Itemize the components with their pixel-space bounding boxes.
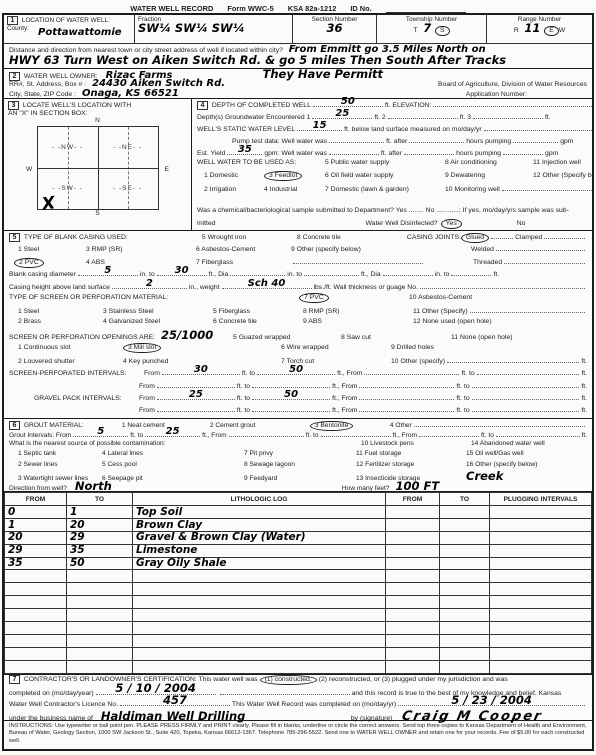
joints-glued-circled: Glued [461,233,489,243]
casing-ft-dia-1: ft., Dia [209,271,229,278]
gp-ft2: ft. [581,407,587,414]
contam-option-15: 15 Oil well/Gas well [466,450,524,457]
static-level-post: ft. below land surface measured on mo/da… [344,126,482,133]
sp-to3-label: ft. to [237,383,250,390]
gp-from2-label: ft., From [332,395,357,402]
owner-address-label: RR#, St. Address, Box # : [9,81,86,88]
grout-from3-label: ft., From [393,432,418,439]
cert-constructed-circled: (1) constructed, [260,675,317,685]
casing-diameter-value: 5 [104,266,111,276]
screen-option-2: 2 Brass [18,318,103,325]
disinfected-label: Water Well Disinfected? [366,220,438,227]
distance-value-line2: HWY 63 Turn West on Aiken Switch Rd. & g… [9,53,506,67]
sp-from3-label: From [139,383,155,390]
casing-height-value: 2 [146,279,153,289]
licence-value: 457 [163,695,187,707]
gp-from3-label: From [139,407,155,414]
record-completed-value: 5 / 23 / 2004 [451,695,531,707]
lith-row [5,583,592,596]
fraction-value: SW¼ SW¼ SW¼ [138,21,245,35]
casing-weight-label: in., weight [189,284,220,291]
well-location-x-mark: X [40,195,55,214]
plug-header-from: FROM [386,493,440,506]
screen-intervals-label: SCREEN-PERFORATED INTERVALS: [9,370,144,377]
gp-ft: ft. [581,395,587,402]
plug-header-to: TO [440,493,490,506]
yield-gpm-label: gpm [545,150,558,157]
casing-in-to-2: in. to [287,271,302,278]
contam-option-10: 10 Livestock pens [361,440,471,447]
range-field: Range Number R 11 EW [486,15,592,43]
compass-w: W [26,166,32,173]
screen-option-10: 10 Asbestos-Cement [409,294,472,301]
grout-title: GROUT MATERIAL: [24,422,122,429]
use-option-10: 10 Monitoring well [445,186,500,193]
screen-option-6: 6 Concrete tile [213,318,303,325]
openings-ft: ft. [581,358,587,365]
water-well-record-form: WATER WELL RECORD Form WWC-5 KSA 82a-121… [0,0,596,755]
range-value: 11 [524,21,540,35]
depth-label: DEPTH OF COMPLETED WELL [212,102,311,109]
grout-from2-label: ft., From [202,432,227,439]
section-4-depth: 4 DEPTH OF COMPLETED WELL 50 ft. ELEVATI… [192,99,594,230]
grout-to2-label: ft. to [306,432,319,439]
section-5-casing: 5 TYPE OF BLANK CASING USED: 5 Wrought i… [4,230,592,418]
gp-to-value: 50 [284,390,298,400]
openings-value: 25/1000 [161,330,233,342]
application-number-label: Application Number: [466,91,527,98]
range-e-circled: E [544,26,559,36]
lith-row: 2029Gravel & Brown Clay (Water) [5,531,592,544]
openings-title: SCREEN OR PERFORATION OPENINGS ARE: [9,334,155,341]
openings-option-8: 8 Saw cut [341,334,451,341]
form-ksa: KSA 82a-1212 [288,4,337,13]
sp-from-value: 30 [194,365,208,375]
use-option-7: 7 Domestic (lawn & garden) [325,186,445,193]
use-option-12: 12 Other (Specify below) [533,172,594,179]
lith-row [5,647,592,660]
yield-hours-label: hours pumping [456,150,501,157]
openings-option-5: 5 Guazed wrapped [233,334,341,341]
gravel-pack-label: GRAVEL PACK INTERVALS: [34,395,139,402]
sp-ft2: ft. [581,383,587,390]
lith-header-to: TO [67,493,133,506]
elevation-label: ft. ELEVATION: [385,102,432,109]
groundwater-value-1: 25 [335,109,349,119]
casing-diameter-to-value: 30 [175,266,189,276]
casing-option-8: 8 Concrete tile [297,234,407,241]
lith-row: 2935Limestone [5,544,592,557]
business-name-label: under the business name of [9,715,93,722]
use-option-2: 2 Irrigation [204,186,264,193]
sp-to-value: 50 [289,365,303,375]
contamination-title: What is the nearest source of possible c… [9,440,361,447]
use-option-9: 9 Dewatering [445,172,533,179]
plug-header-intervals: PLUGGING INTERVALS [490,493,592,506]
lith-header-from: FROM [5,493,67,506]
county-label: County: [7,25,29,32]
contam-option-8: 8 Sewage lagoon [244,461,356,468]
casing-ft-end: ft. [493,271,499,278]
lith-row [5,634,592,647]
form-id-blank [386,5,466,13]
section-number-field: Section Number 36 [292,15,376,43]
screen-option-7-circled: 7 PVC [299,293,329,303]
section-box: - -NW- - - -NE- - - -SW- - - -SE- - X [37,126,159,210]
pump-hours-label: hours pumping [466,138,511,145]
range-w: W [559,27,565,34]
gp-to3-label: ft. to [237,407,250,414]
screen-option-5: 5 Fiberglass [213,308,303,315]
pump-gpm-label: gpm [560,138,573,145]
contam-option-5: 5 Cess pool [102,461,244,468]
use-option-5: 5 Public water supply [325,159,445,166]
casing-option-6: 6 Asbestos-Cement [196,246,291,253]
grout-from-value: 5 [97,427,104,437]
section-3-locate: 3 LOCATE WELL'S LOCATION WITH AN "X" IN … [4,99,192,230]
grout-to3-label: ft. to [481,432,494,439]
use-option-3-circled: 3 Feedlot [264,171,302,181]
township-label: Township Number [406,16,457,23]
casing-ft-dia-2: ft., Dia [361,271,381,278]
use-option-8: 8 Air conditioning [445,159,533,166]
sp-ft: ft. [581,370,587,377]
casing-option-3: 3 RMP (SR) [86,246,196,253]
chemical-sample-line: Was a chemical/bacteriological sample su… [197,207,569,214]
contam-option-14: 14 Abandoned water well [471,440,545,447]
yield-value: 35 [238,145,252,155]
lith-header-row: FROM TO LITHOLOGIC LOG FROM TO PLUGGING … [5,493,592,506]
joints-label: CASING JOINTS: [407,234,461,241]
compass-n: N [8,117,187,124]
section-number-value: 36 [326,21,342,35]
section-1-location: 1 LOCATION OF WATER WELL: County: Pottaw… [4,15,592,43]
use-label: WELL WATER TO BE USED AS: [197,159,325,166]
section-5-number: 5 [9,233,20,242]
township-field: Township Number T 7 S [376,15,486,43]
grout-option-4: 4 Other [390,422,412,429]
section-1-title: LOCATION OF WATER WELL: [22,17,110,24]
contam-option-1: 1 Septic tank [18,450,102,457]
static-level-label: WELL'S STATIC WATER LEVEL [197,126,295,133]
signature-label: by (signature) [351,715,393,722]
agency-name: Board of Agriculture, Division of Water … [438,81,587,88]
casing-diameter-label: Blank casing diameter [9,271,76,278]
openings-option-6: 6 Wire wrapped [281,344,391,351]
grout-option-2: 2 Cement grout [210,422,310,429]
yield-post-label: gpm: Well water was [264,150,327,157]
county-value: Pottawattomie [38,28,122,38]
contam-option-12: 12 Fertilizer storage [356,461,466,468]
licence-label: Water Well Contractor's Licence No. [9,701,118,708]
section-7-number: 7 [9,675,20,684]
casing-option-2-circled: 2 PVC [14,258,44,268]
section-1-number: 1 [7,16,18,25]
yield-label: Est. Yield [197,150,225,157]
form-header: WATER WELL RECORD Form WWC-5 KSA 82a-121… [0,0,596,13]
lith-row: 01Top Soil [5,506,592,519]
distance-direction-field: Distance and direction from nearest town… [4,43,592,68]
gp-to-label: ft. to [237,395,250,402]
chemical-sample-line2: mitted [197,220,216,227]
joints-welded: Welded [471,246,494,253]
screen-option-3: 3 Stainless Steel [103,308,213,315]
contam-option-2: 2 Sewer lines [18,461,102,468]
sp-to-label: ft. to [242,370,255,377]
openings-option-3-circled: 3 Mill slot [123,343,161,353]
use-option-1: 1 Domestic [204,172,264,179]
record-completed-label: This Water Well Record was completed on … [232,701,396,708]
casing-weight-post: lbs./ft. Wall thickness or guage No. [314,284,418,291]
compass-s: S [8,210,187,217]
township-value: 7 [423,21,431,35]
lith-row: 3550Gray Oily Shale [5,557,592,570]
groundwater-2-label: ft. 2 [374,114,385,121]
sp-from4-label: ft., From [332,383,357,390]
lith-row [5,596,592,609]
casing-option-9: 9 Other (specify below) [291,246,426,253]
lithologic-log-table: FROM TO LITHOLOGIC LOG FROM TO PLUGGING … [4,491,592,674]
county-field: 1 LOCATION OF WATER WELL: County: Pottaw… [4,15,134,43]
joints-clamped: Clamped [515,234,542,241]
openings-option-9: 9 Drilled holes [391,344,434,351]
groundwater-3-label: ft. 3 [460,114,471,121]
cert-mid: (2) reconstructed, or (3) plugged under … [319,676,508,683]
section-3-title-2: AN "X" IN SECTION BOX: [8,110,187,117]
grout-ft: ft. [582,432,588,439]
cert-completed-label: completed on (mo/day/year) [9,690,94,697]
range-r: R [514,27,519,34]
depth-value: 50 [341,97,355,107]
section-3-number: 3 [8,101,19,110]
casing-title: TYPE OF BLANK CASING USED: [24,234,202,241]
pump-after-label: ft. after [386,138,407,145]
screen-option-1: 1 Steel [18,308,103,315]
lith-row: 120Brown Clay [5,518,592,531]
owner-city-label: City, State, ZIP Code : [9,91,76,98]
use-option-4: 4 Industrial [264,186,325,193]
form-id-label: ID No. [350,4,371,13]
section-4-number: 4 [197,101,208,110]
form-number: Form WWC-5 [227,4,273,13]
lith-row [5,609,592,622]
contam-option-11: 11 Fuel storage [356,450,466,457]
joints-threaded: Threaded [473,259,502,266]
sp-from2-label: ft., From [337,370,362,377]
openings-option-2: 2 Louvered shutter [18,358,123,365]
gp-from4-label: ft., From [332,407,357,414]
instructions-text: INSTRUCTIONS: Use typewriter or ball poi… [4,720,592,751]
static-level-value: 15 [313,121,327,131]
use-option-6: 6 Oil field water supply [325,172,445,179]
use-option-11: 11 Injection well [533,159,581,166]
casing-height-label: Casing height above land surface [9,284,110,291]
openings-option-10: 10 Other (specify) [391,358,445,365]
screen-material-title: TYPE OF SCREEN OR PERFORATION MATERIAL: [9,294,299,301]
gp-from-value: 25 [189,390,203,400]
gp-to2-label: ft. to [456,395,469,402]
casing-weight-value: Sch 40 [248,279,286,289]
form-title: WATER WELL RECORD [130,4,213,13]
groundwater-label: Depth(s) Groundwater Encountered 1 [197,114,310,121]
grout-to-label: ft. to [130,432,143,439]
contam-option-16: 16 Other (specify below) [466,461,537,468]
gp-to4-label: ft. to [456,407,469,414]
openings-option-11: 11 None (open hole) [451,334,512,341]
signature-value: Craig M Cooper [401,710,544,723]
fraction-field: Fraction SW¼ SW¼ SW¼ [134,15,292,43]
casing-in-to-3: in. to [435,271,450,278]
lith-header-log: LITHOLOGIC LOG [133,493,386,506]
lith-row [5,660,592,673]
section-2-owner: 2 WATER WELL OWNER: Rizac Farms They Hav… [4,68,592,98]
screen-option-12: 12 None used (open hole) [413,318,492,325]
openings-option-1: 1 Continuous slot [18,344,123,351]
screen-option-11: 11 Other (Specify) [413,308,468,315]
casing-option-7: 7 Fiberglass [196,259,291,266]
sp-to2-label: ft. to [461,370,474,377]
casing-option-1: 1 Steel [18,246,86,253]
gp-from-label: From [139,395,155,402]
grout-intervals-label: Grout Intervals: From [9,432,71,439]
contam-option-4: 4 Lateral lines [102,450,244,457]
screen-option-8: 8 RMP (SR) [303,308,413,315]
grout-to-value: 25 [166,427,180,437]
contam-option-7: 7 Pit privy [244,450,356,457]
business-name-value: Haldiman Well Drilling [101,711,291,723]
sp-to4-label: ft. to [456,383,469,390]
compass-e: E [165,166,169,173]
lith-row [5,570,592,583]
township-t: T [413,27,417,34]
section-6-grout: 6 GROUT MATERIAL: 1 Neat cement 2 Cement… [4,418,592,491]
disinfected-no: No [517,220,526,227]
screen-option-9: 9 ABS [303,318,413,325]
yield-after-label: ft. after [381,150,402,157]
disinfected-yes-circled: Yes [441,219,462,229]
screen-option-4: 4 Galvanized Steel [103,318,213,325]
casing-option-5: 5 Wrought iron [202,234,297,241]
section-7-certification: 7 CONTRACTOR'S OR LANDOWNER'S CERTIFICAT… [4,674,592,720]
section-3-title-1: LOCATE WELL'S LOCATION WITH [23,102,131,109]
lith-row [5,622,592,635]
sp-from-label: From [144,370,160,377]
groundwater-ft: ft. [545,114,551,121]
township-s-circled: S [435,26,450,36]
